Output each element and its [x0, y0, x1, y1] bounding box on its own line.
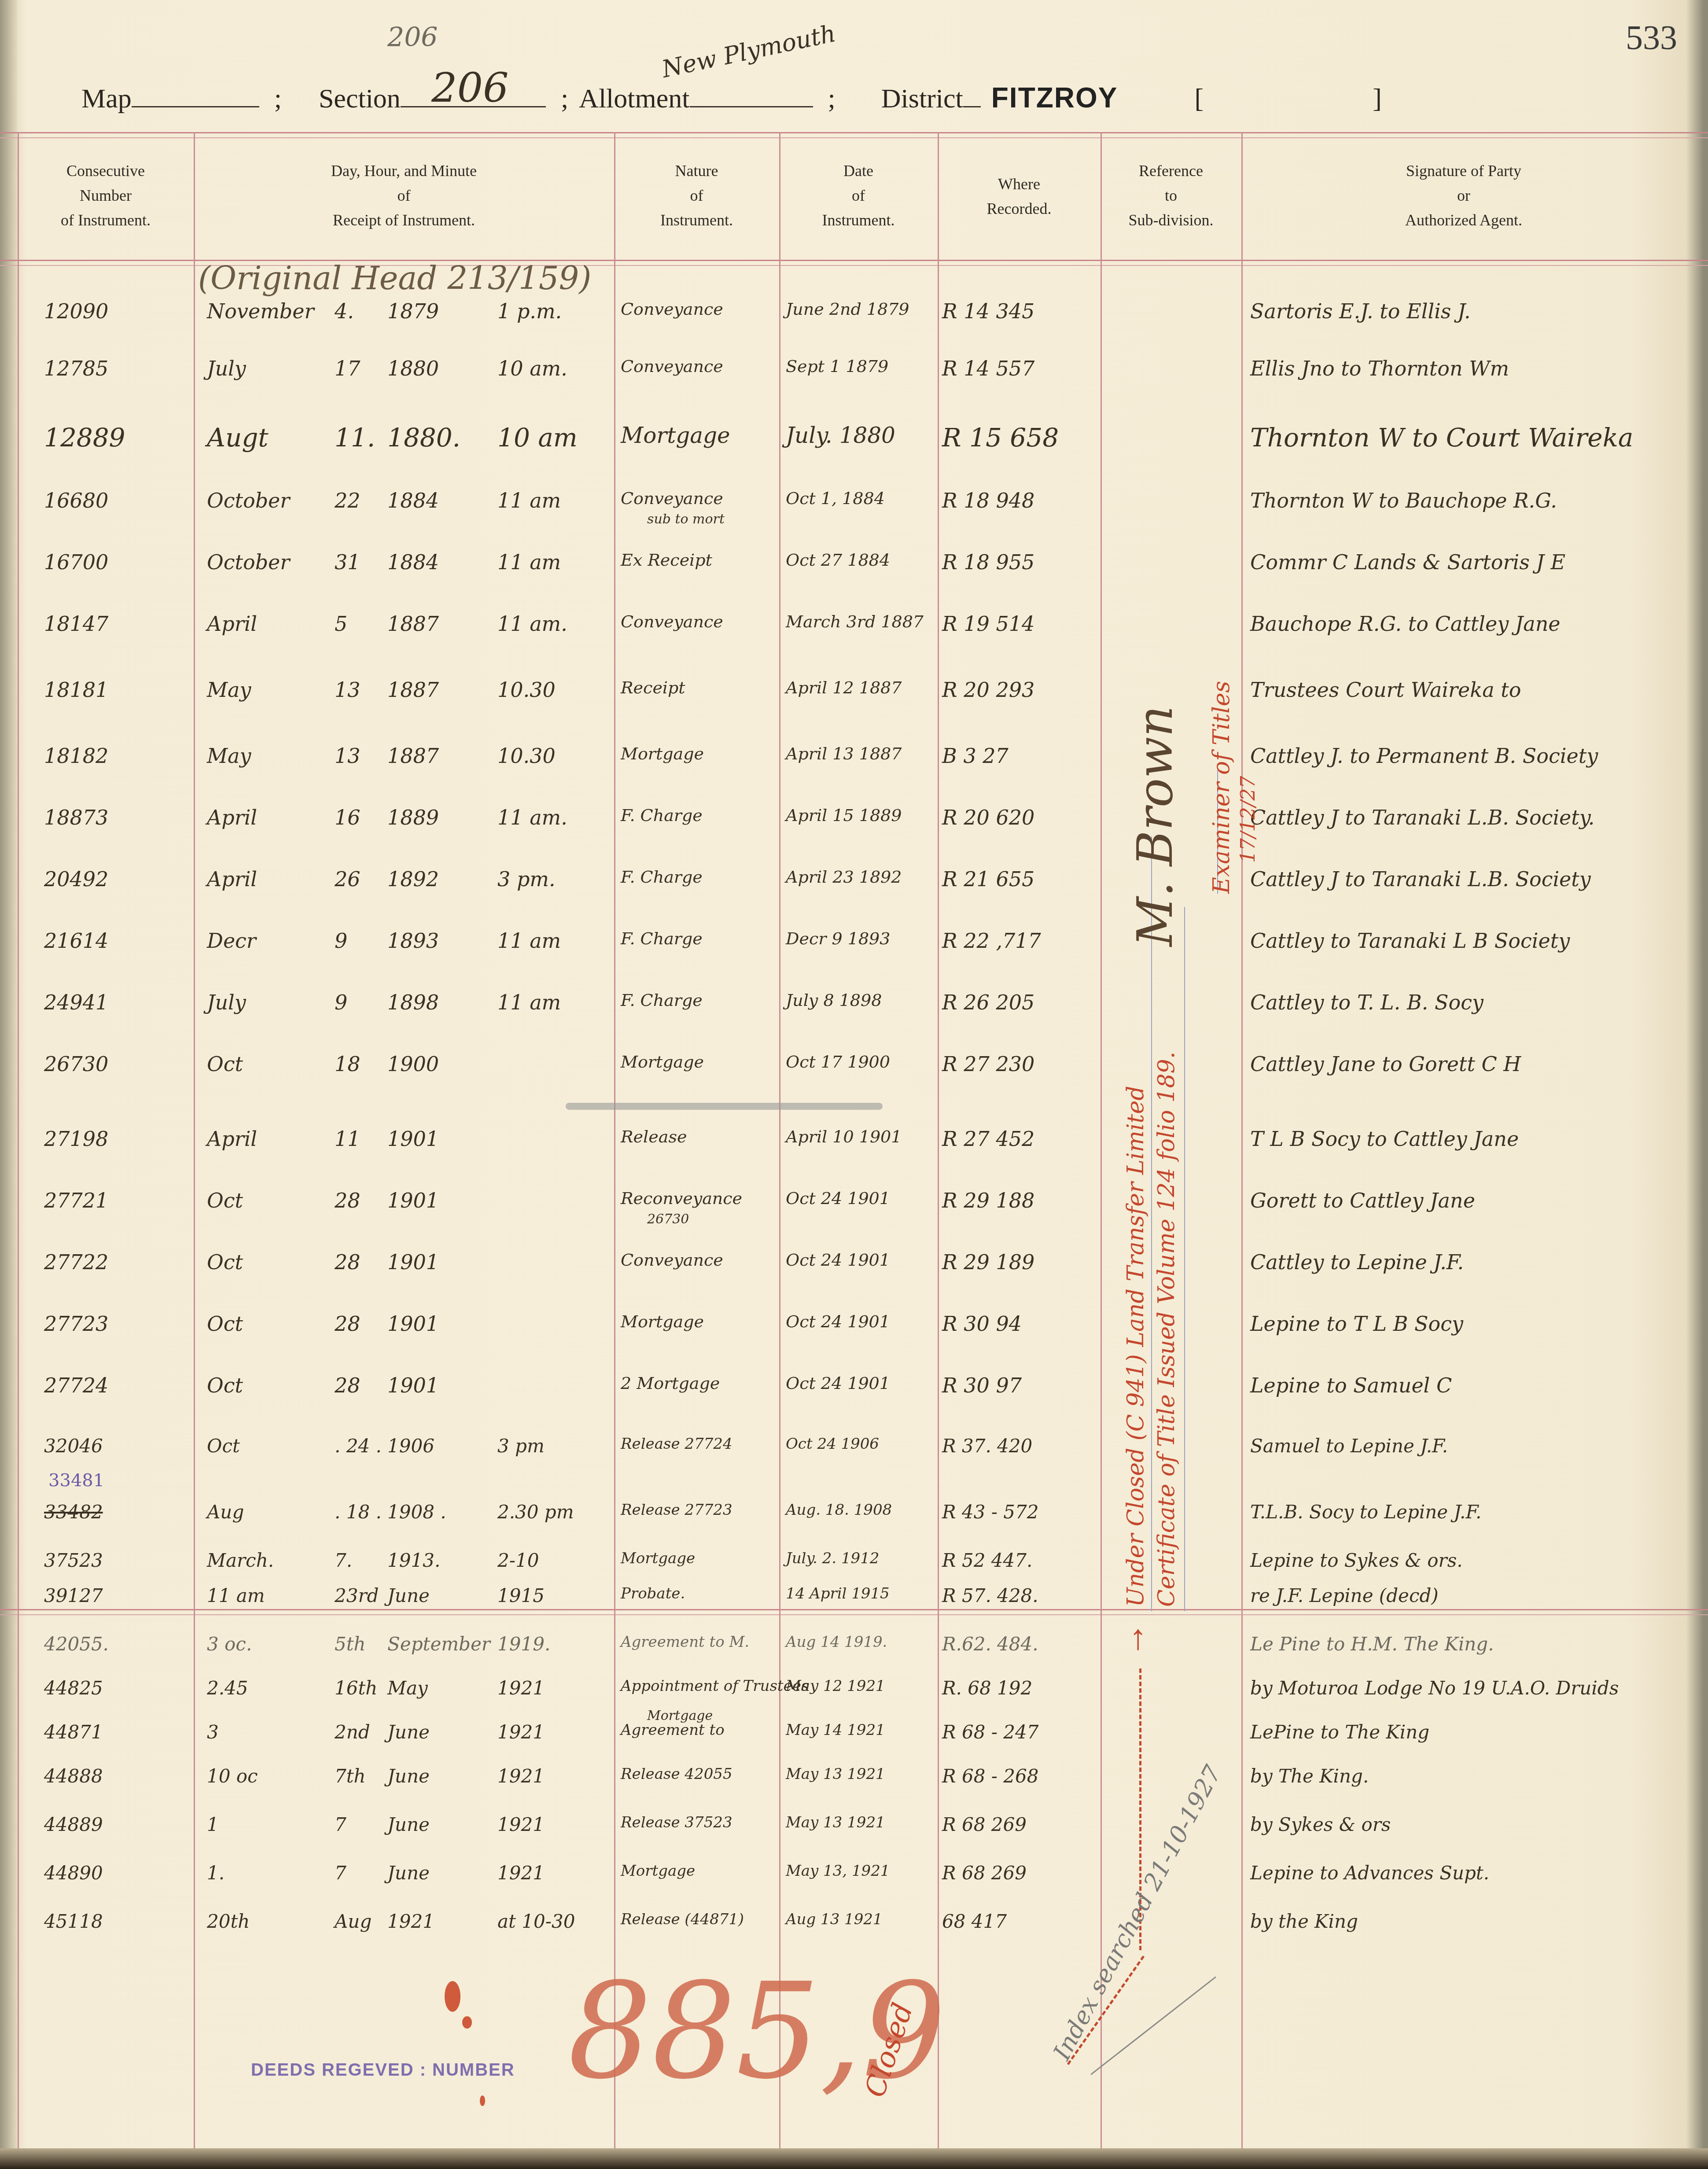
pencil-smudge	[566, 1103, 883, 1110]
instrument-date: Sept 1 1879	[786, 357, 888, 376]
instrument-number: 27724	[44, 1374, 108, 1397]
receipt-day: Aug	[335, 1911, 372, 1932]
where-recorded: R 37. 420	[942, 1435, 1032, 1457]
deeds-received-stamp: DEEDS REGEVED : NUMBER	[251, 2060, 515, 2080]
party-signature: Samuel to Lepine J.F.	[1250, 1435, 1448, 1457]
nature-of-instrument: F. Charge	[621, 867, 703, 887]
instrument-number: 26730	[44, 1052, 108, 1076]
receipt-day: 5th	[335, 1633, 366, 1655]
party-signature: by Sykes & ors	[1250, 1814, 1391, 1835]
instrument-number: 44890	[44, 1862, 103, 1884]
where-recorded: R 68 269	[942, 1862, 1027, 1884]
place-note: New Plymouth	[659, 19, 838, 83]
receipt-year: 1901	[387, 1312, 439, 1336]
party-signature: Cattley to T. L. B. Socy	[1250, 991, 1483, 1014]
receipt-day: 17	[335, 357, 361, 380]
receipt-day: 16	[335, 806, 361, 829]
receipt-month: 1	[207, 1814, 219, 1835]
colhead-signature: Signature of PartyorAuthorized Agent.	[1241, 158, 1686, 232]
page-bottom-edge	[0, 2148, 1708, 2169]
examiner-signature: M. Brown	[1127, 706, 1183, 946]
receipt-year: 1901	[387, 1189, 439, 1212]
party-signature: Cattley Jane to Gorett C H	[1250, 1052, 1521, 1076]
receipt-month: Decr	[207, 929, 256, 953]
party-signature: Sartoris E.J. to Ellis J.	[1250, 299, 1471, 323]
where-recorded: R 43 - 572	[942, 1501, 1038, 1523]
where-recorded: R 19 514	[942, 612, 1034, 636]
table-row: 27722Oct281901ConveyanceOct 24 1901R 29 …	[0, 1250, 1708, 1299]
nature-of-instrument: Release (44871)	[621, 1911, 744, 1928]
party-signature: Trustees Court Waireka to	[1250, 678, 1521, 702]
nature-of-instrument: Mortgage	[621, 1052, 704, 1072]
receipt-month: July	[207, 357, 246, 380]
receipt-year: 1887	[387, 744, 439, 768]
party-signature: by Moturoa Lodge No 19 U.A.O. Druids	[1250, 1677, 1619, 1699]
party-signature: LePine to The King	[1250, 1721, 1429, 1743]
receipt-year: 1889	[387, 806, 439, 829]
nature-of-instrument: Conveyance	[621, 357, 723, 376]
where-recorded: R 21 655	[942, 867, 1034, 891]
receipt-time: 2.30 pm	[497, 1501, 574, 1523]
receipt-month: 10 oc	[207, 1765, 258, 1787]
nature-of-instrument: Agreement to M.	[621, 1633, 749, 1651]
receipt-day: 9	[335, 991, 347, 1014]
examiner-title: Examiner of Titles	[1208, 681, 1235, 894]
red-note-line1: Under Closed (C 941) Land Transfer Limit…	[1123, 1086, 1149, 1607]
table-row: 12785July17188010 am.ConveyanceSept 1 18…	[0, 357, 1708, 405]
receipt-month: April	[207, 1127, 257, 1151]
party-signature: Cattley to Lepine J.F.	[1250, 1250, 1464, 1274]
table-row: 27723Oct281901MortgageOct 24 1901R 30 94…	[0, 1312, 1708, 1360]
party-signature: Le Pine to H.M. The King.	[1250, 1633, 1494, 1655]
receipt-month: May	[207, 744, 251, 768]
page-number: 533	[1626, 18, 1677, 57]
instrument-date: July 8 1898	[786, 991, 882, 1010]
instrument-number: 37523	[44, 1550, 103, 1571]
bracket-open: [	[1195, 84, 1204, 114]
where-recorded: R 20 620	[942, 806, 1034, 829]
receipt-time: at 10-30	[497, 1911, 575, 1932]
table-row: 4511820thAug1921at 10-30Release (44871)A…	[0, 1911, 1708, 1959]
nature-of-instrument: Ex Receipt	[621, 550, 712, 570]
table-row: 3912711 am23rdJune1915Probate.14 April 1…	[0, 1585, 1708, 1633]
receipt-year: September	[387, 1633, 490, 1655]
where-recorded: R.62. 484.	[942, 1633, 1038, 1655]
instrument-date: May 13 1921	[786, 1765, 885, 1783]
receipt-month: May	[207, 678, 251, 702]
party-signature: Cattley to Taranaki L B Society	[1250, 929, 1570, 953]
instrument-number: 18182	[44, 744, 108, 768]
receipt-year: 1906	[387, 1435, 434, 1457]
receipt-time: 1921	[497, 1677, 545, 1699]
where-recorded: R 20 293	[942, 678, 1034, 702]
instrument-date: Oct 17 1900	[786, 1052, 890, 1072]
nature-of-instrument: Mortgage	[621, 1550, 695, 1567]
instrument-date: Oct 1, 1884	[786, 489, 885, 508]
table-row: 448901.7June1921MortgageMay 13, 1921R 68…	[0, 1862, 1708, 1911]
table-row: 26730Oct181900MortgageOct 17 1900R 27 23…	[0, 1052, 1708, 1101]
table-row: 27198April111901ReleaseApril 10 1901R 27…	[0, 1127, 1708, 1175]
receipt-day: 5	[335, 612, 347, 636]
instrument-date: July. 1880	[786, 423, 895, 448]
receipt-day: 28	[335, 1312, 361, 1336]
district-value: FITZROY	[991, 82, 1118, 114]
nature-of-instrument: Conveyance	[621, 489, 723, 508]
receipt-time: 11 am	[497, 550, 561, 574]
instrument-number: 44871	[44, 1721, 103, 1743]
table-row: 4488810 oc7thJune1921Release 42055May 13…	[0, 1765, 1708, 1814]
party-signature: by the King	[1250, 1911, 1358, 1932]
nature-of-instrument: Conveyance	[621, 612, 723, 631]
receipt-year: 1892	[387, 867, 439, 891]
receipt-month: April	[207, 612, 257, 636]
receipt-month: Oct	[207, 1312, 243, 1336]
receipt-time: 10.30	[497, 744, 556, 768]
instrument-number: 44888	[44, 1765, 103, 1787]
nature-of-instrument: Probate.	[621, 1585, 685, 1602]
nature-of-instrument: Receipt	[621, 678, 685, 697]
party-signature: Lepine to T L B Socy	[1250, 1312, 1463, 1336]
receipt-time: 1915	[497, 1585, 545, 1606]
original-head-note: (Original Head 213/159)	[198, 260, 591, 297]
where-recorded: R 68 - 268	[942, 1765, 1038, 1787]
table-row: 18181May13188710.30ReceiptApril 12 1887R…	[0, 678, 1708, 726]
colhead-number: ConsecutiveNumberof Instrument.	[18, 158, 194, 232]
receipt-day: 2nd	[335, 1721, 370, 1743]
instrument-date: Oct 24 1901	[786, 1374, 890, 1393]
receipt-month: April	[207, 806, 257, 829]
where-recorded: 68 417	[942, 1911, 1007, 1932]
instrument-date: July. 2. 1912	[786, 1550, 879, 1567]
instrument-number: 18181	[44, 678, 108, 702]
receipt-time: 10.30	[497, 678, 556, 702]
nature-of-instrument: Release 27724	[621, 1435, 733, 1453]
receipt-month: 11 am	[207, 1585, 265, 1606]
receipt-year: May	[387, 1677, 428, 1699]
table-row: 42055.3 oc.5thSeptember1919.Agreement to…	[0, 1633, 1708, 1682]
receipt-day: 16th	[335, 1677, 377, 1699]
party-signature: by The King.	[1250, 1765, 1369, 1787]
party-signature: Cattley J to Taranaki L.B. Society.	[1250, 806, 1594, 829]
section-field: 206	[401, 102, 546, 107]
receipt-year: June	[387, 1862, 430, 1884]
instrument-number: 16700	[44, 550, 108, 574]
party-signature: T L B Socy to Cattley Jane	[1250, 1127, 1519, 1151]
instrument-number: 24941	[44, 991, 108, 1014]
instrument-date: April 12 1887	[786, 678, 902, 697]
nature-note: 26730	[647, 1212, 689, 1227]
instrument-date: Decr 9 1893	[786, 929, 890, 948]
instrument-date: Aug. 18. 1908	[786, 1501, 892, 1519]
receipt-month: Oct	[207, 1052, 243, 1076]
receipt-day: 23rd	[335, 1585, 379, 1606]
district-label: District	[881, 84, 963, 114]
receipt-year: June	[387, 1814, 430, 1835]
instrument-number: 21614	[44, 929, 108, 953]
instrument-number: 27722	[44, 1250, 108, 1274]
receipt-time: 11 am	[497, 489, 561, 512]
receipt-time: 3 pm.	[497, 867, 556, 891]
receipt-time: 1921	[497, 1862, 545, 1884]
receipt-month: July	[207, 991, 246, 1014]
receipt-time: 1921	[497, 1814, 545, 1835]
instrument-number: 20492	[44, 867, 108, 891]
receipt-year: 1880	[387, 357, 439, 380]
party-signature: Lepine to Sykes & ors.	[1250, 1550, 1463, 1571]
receipt-year: 1887	[387, 612, 439, 636]
receipt-month: November	[207, 299, 314, 323]
top-double-rule	[0, 132, 1708, 133]
red-ink-blot	[445, 1981, 460, 2012]
receipt-month: April	[207, 867, 257, 891]
instrument-date: June 2nd 1879	[786, 299, 909, 319]
receipt-month: 1.	[207, 1862, 225, 1884]
where-recorded: R 18 948	[942, 489, 1034, 512]
table-row: 27721Oct281901ReconveyanceOct 24 1901R 2…	[0, 1189, 1708, 1237]
instrument-number: 18147	[44, 612, 108, 636]
instrument-number: 44825	[44, 1677, 103, 1699]
party-signature: Ellis Jno to Thornton Wm	[1250, 357, 1509, 380]
table-row: 18873April16188911 am.F. ChargeApril 15 …	[0, 806, 1708, 854]
instrument-date: May 12 1921	[786, 1677, 885, 1695]
receipt-month: Aug	[207, 1501, 244, 1523]
receipt-month: 20th	[207, 1911, 250, 1932]
instrument-number: 42055.	[44, 1633, 109, 1655]
receipt-time: 1 p.m.	[497, 299, 562, 323]
receipt-year: 1901	[387, 1250, 439, 1274]
nature-of-instrument: Conveyance	[621, 1250, 723, 1270]
receipt-day: 7.	[335, 1550, 352, 1571]
nature-of-instrument: Release 27723	[621, 1501, 733, 1519]
where-recorded: R 30 94	[942, 1312, 1022, 1336]
instrument-number: 12090	[44, 299, 108, 323]
where-recorded: R 27 452	[942, 1127, 1034, 1151]
receipt-month: Oct	[207, 1374, 243, 1397]
receipt-month: Augt	[207, 423, 269, 453]
nature-of-instrument: Mortgage	[621, 1862, 695, 1880]
receipt-month: 3 oc.	[207, 1633, 252, 1655]
table-row: 12889Augt11.1880.10 amMortgageJuly. 1880…	[0, 423, 1708, 471]
receipt-day: 7	[335, 1814, 346, 1835]
instrument-number: 39127	[44, 1585, 103, 1606]
instrument-number: 12785	[44, 357, 108, 380]
receipt-month: Oct	[207, 1250, 243, 1274]
party-signature: T.L.B. Socy to Lepine J.F.	[1250, 1501, 1481, 1523]
receipt-time: 11 am	[497, 991, 561, 1014]
red-note-line2: Certificate of Title Issued Volume 124 f…	[1153, 1052, 1180, 1607]
receipt-month: 2.45	[207, 1677, 248, 1699]
instrument-date: 14 April 1915	[786, 1585, 890, 1602]
receipt-day: 7th	[335, 1765, 366, 1787]
instrument-date: Oct 24 1901	[786, 1189, 890, 1208]
instrument-date: March 3rd 1887	[786, 612, 924, 631]
nature-of-instrument: Release 37523	[621, 1814, 733, 1831]
nature-of-instrument: F. Charge	[621, 991, 703, 1010]
corrected-number: 33481	[48, 1470, 104, 1491]
allotment-label: Allotment	[579, 84, 689, 114]
instrument-number: 18873	[44, 806, 108, 829]
table-row: 24941July9189811 amF. ChargeJuly 8 1898R…	[0, 991, 1708, 1039]
where-recorded: R 26 205	[942, 991, 1034, 1014]
receipt-year: 1893	[387, 929, 439, 953]
ledger-page: 206 New Plymouth 533 Map ; Section206 ; …	[0, 0, 1708, 2169]
receipt-month: October	[207, 489, 290, 512]
party-signature: Thornton W to Court Waireka	[1250, 423, 1633, 453]
colhead-date: DateofInstrument.	[779, 158, 938, 232]
receipt-year: 1901	[387, 1127, 439, 1151]
instrument-number: 32046	[44, 1435, 103, 1457]
section-label: Section	[319, 84, 401, 114]
receipt-day: 26	[335, 867, 361, 891]
receipt-year: 1921	[387, 1911, 434, 1932]
receipt-time: 1921	[497, 1765, 545, 1787]
where-recorded: R 29 188	[942, 1189, 1034, 1212]
receipt-day: 13	[335, 678, 361, 702]
receipt-day: 28	[335, 1250, 361, 1274]
table-row: 16700October31188411 amEx ReceiptOct 27 …	[0, 550, 1708, 599]
receipt-day: 11	[335, 1127, 361, 1151]
receipt-time: 11 am.	[497, 612, 567, 636]
receipt-day: 11.	[335, 423, 375, 453]
receipt-day: 9	[335, 929, 347, 953]
receipt-year: 1908 .	[387, 1501, 446, 1523]
receipt-time: 10 am.	[497, 357, 567, 380]
bracket-close: ]	[1373, 84, 1382, 114]
receipt-day: . 18 .	[335, 1501, 382, 1523]
arrow-up-icon: ↑	[1129, 1620, 1147, 1655]
where-recorded: R 68 - 247	[942, 1721, 1038, 1743]
receipt-month: March.	[207, 1550, 274, 1571]
colhead-nature: NatureofInstrument.	[614, 158, 779, 232]
receipt-time: 1919.	[497, 1633, 550, 1655]
receipt-day: 28	[335, 1374, 361, 1397]
receipt-year: 1879	[387, 299, 439, 323]
where-recorded: R 68 269	[942, 1814, 1027, 1835]
instrument-date: Oct 24 1901	[786, 1312, 890, 1331]
instrument-number: 16680	[44, 489, 108, 512]
receipt-year: 1901	[387, 1374, 439, 1397]
receipt-day: 7	[335, 1862, 346, 1884]
receipt-month: Oct	[207, 1435, 240, 1457]
table-row: 20492April2618923 pm.F. ChargeApril 23 1…	[0, 867, 1708, 916]
nature-of-instrument: Conveyance	[621, 299, 723, 319]
receipt-month: Oct	[207, 1189, 243, 1212]
party-signature: Cattley J. to Permanent B. Society	[1250, 744, 1598, 768]
instrument-date: Aug 13 1921	[786, 1911, 883, 1928]
receipt-time: 11 am	[497, 929, 561, 953]
receipt-time: 1921	[497, 1721, 545, 1743]
instrument-number: 27198	[44, 1127, 108, 1151]
table-row: 21614Decr9189311 amF. ChargeDecr 9 1893R…	[0, 929, 1708, 977]
receipt-year: 1880.	[387, 423, 460, 453]
receipt-year: June	[387, 1585, 430, 1606]
table-row: 32046Oct. 24 .19063 pmRelease 27724Oct 2…	[0, 1435, 1708, 1484]
colhead-where: WhereRecorded.	[938, 172, 1101, 221]
where-recorded: R 30 97	[942, 1374, 1022, 1397]
nature-of-instrument: Mortgage	[621, 423, 730, 448]
party-signature: Cattley J to Taranaki L.B. Society	[1250, 867, 1591, 891]
table-row: 4488917June1921Release 37523May 13 1921R…	[0, 1814, 1708, 1862]
receipt-year: 1884	[387, 489, 439, 512]
colhead-reference: ReferencetoSub-division.	[1101, 158, 1241, 232]
instrument-number: 33482	[44, 1501, 103, 1523]
nature-of-instrument: Agreement to	[621, 1721, 725, 1739]
party-signature: Gorett to Cattley Jane	[1250, 1189, 1475, 1212]
receipt-time: 2-10	[497, 1550, 539, 1571]
party-signature: Lepine to Samuel C	[1250, 1374, 1452, 1397]
where-recorded: R 14 345	[942, 299, 1034, 323]
instrument-date: May 14 1921	[786, 1721, 885, 1739]
where-recorded: R 22 ,717	[942, 929, 1041, 953]
receipt-day: 31	[335, 550, 361, 574]
where-recorded: R 15 658	[942, 423, 1059, 453]
nature-of-instrument: F. Charge	[621, 806, 703, 825]
instrument-date: Oct 24 1906	[786, 1435, 879, 1453]
nature-of-instrument: Reconveyance	[621, 1189, 742, 1208]
party-signature: Thornton W to Bauchope R.G.	[1250, 489, 1557, 512]
where-recorded: R 29 189	[942, 1250, 1034, 1274]
receipt-month: October	[207, 550, 290, 574]
receipt-year: 1884	[387, 550, 439, 574]
where-recorded: R 18 955	[942, 550, 1034, 574]
table-row: 16680October22188411 amConveyanceOct 1, …	[0, 489, 1708, 537]
receipt-time: 3 pm	[497, 1435, 545, 1457]
nature-of-instrument: 2 Mortgage	[621, 1374, 720, 1393]
section-value: 206	[431, 64, 509, 111]
allotment-field	[690, 102, 813, 107]
map-label: Map	[81, 84, 132, 114]
receipt-day: 13	[335, 744, 361, 768]
instrument-number: 27721	[44, 1189, 108, 1212]
nature-of-instrument: Release	[621, 1127, 687, 1146]
receipt-day: 22	[335, 489, 361, 512]
receipt-year: 1887	[387, 678, 439, 702]
receipt-time: 11 am.	[497, 806, 567, 829]
nature-of-instrument: Mortgage	[621, 1312, 704, 1331]
receipt-month: 3	[207, 1721, 219, 1743]
table-row: 18182May13188710.30MortgageApril 13 1887…	[0, 744, 1708, 792]
receipt-year: June	[387, 1721, 430, 1743]
instrument-date: Aug 14 1919.	[786, 1633, 887, 1651]
instrument-date: April 10 1901	[786, 1127, 902, 1146]
where-recorded: R 27 230	[942, 1052, 1034, 1076]
receipt-day: 18	[335, 1052, 361, 1076]
instrument-date: May 13 1921	[786, 1814, 885, 1831]
table-row: 448252.4516thMay1921Appointment of Trust…	[0, 1677, 1708, 1726]
table-row: 4487132ndJune1921Agreement toMay 14 1921…	[0, 1721, 1708, 1770]
pencil-section-note: 206	[387, 22, 438, 53]
table-row: 18147April5188711 am.ConveyanceMarch 3rd…	[0, 612, 1708, 660]
receipt-time: 10 am	[497, 423, 578, 453]
receipt-year: June	[387, 1765, 430, 1787]
nature-of-instrument: F. Charge	[621, 929, 703, 948]
party-signature: Lepine to Advances Supt.	[1250, 1862, 1489, 1884]
instrument-date: April 13 1887	[786, 744, 902, 763]
instrument-date: April 15 1889	[786, 806, 902, 825]
receipt-year: 1913.	[387, 1550, 440, 1571]
receipt-day: 28	[335, 1189, 361, 1212]
table-row: 12090November4.18791 p.m.ConveyanceJune …	[0, 299, 1708, 348]
nature-note: sub to mort	[647, 512, 725, 527]
receipt-year: 1898	[387, 991, 439, 1014]
instrument-date: Oct 24 1901	[786, 1250, 890, 1270]
table-row: 27724Oct2819012 MortgageOct 24 1901R 30 …	[0, 1374, 1708, 1422]
nature-of-instrument: Mortgage	[621, 744, 704, 763]
nature-of-instrument: Appointment of Trustees	[621, 1677, 809, 1695]
nature-of-instrument: Release 42055	[621, 1765, 733, 1783]
nature-note: Mortgage	[647, 1708, 713, 1723]
examiner-date: 17/12/27	[1237, 776, 1259, 863]
